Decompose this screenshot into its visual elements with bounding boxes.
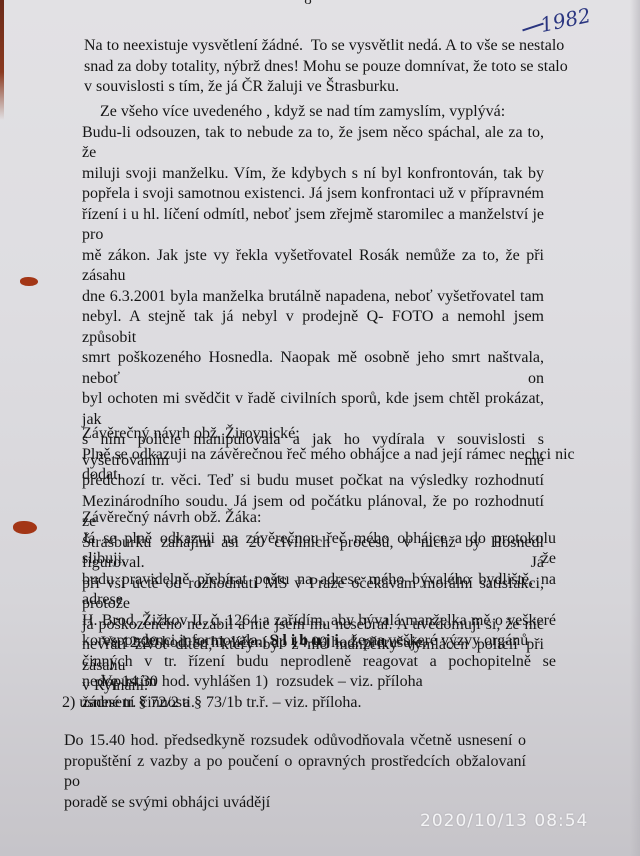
text-line: miluji svoji manželku. Vím, že kdybych s… <box>82 164 544 185</box>
handwritten-annotation: 1982 <box>538 3 593 37</box>
section-heading: Závěrečný návrh obž. Žirovnické: <box>82 424 552 445</box>
paragraph-justification: Do 15.40 hod. předsedkyně rozsudek odůvo… <box>64 731 526 813</box>
text-line: Na to neexistuje vysvětlení žádné. To se… <box>84 36 559 57</box>
text-line: mě zákon. Jak jste vy řekla vyšetřovatel… <box>82 246 544 287</box>
text-line: 2) usnesení § 72/2 a § 73/1b tr.ř. – viz… <box>62 693 522 714</box>
camera-timestamp: 2020/10/13 08:54 <box>420 811 588 831</box>
text-line: Ve 12.20 hod. se hl. líčení do 14.00 hod… <box>101 633 541 654</box>
red-stain-mark <box>20 277 38 286</box>
right-edge-shadow <box>630 0 640 856</box>
paragraph-zirovnicka: Závěrečný návrh obž. Žirovnické: Plně se… <box>82 424 552 486</box>
text-line: poradě se svými obhájci uvádějí <box>64 793 526 814</box>
paragraph-verdict: Ve 14.30 hod. vyhlášen 1) rozsudek – viz… <box>62 672 522 713</box>
text-line: dodat. <box>82 465 552 486</box>
text-line: H. Brod, Žižkov II. č. 1264 a zařídím, a… <box>82 611 556 632</box>
document-page: 8 1982 Na to neexistuje vysvětlení žádné… <box>0 0 640 856</box>
text-line: propuštění z vazby a po poučení o opravn… <box>64 752 526 793</box>
red-stain-mark <box>13 521 37 534</box>
text-line: Ze všeho více uvedeného , když se nad tí… <box>82 102 544 123</box>
text-line: budu pravidelně přebírat poštu na adrese… <box>82 570 556 611</box>
paragraph-interruption: Ve 12.20 hod. se hl. líčení do 14.00 hod… <box>101 633 541 654</box>
text-line: dne 6.3.2001 byla manželka brutálně napa… <box>82 287 544 308</box>
text-line: smrt poškozeného Hosnedla. Naopak mě oso… <box>82 348 544 389</box>
text-line: popřela i svoji samotnou existenci. Já j… <box>82 184 544 205</box>
text-line: Budu-li odsouzen, tak to nebude za to, ž… <box>82 123 544 164</box>
text-line: Já se plně odkazuji na závěrečnou řeč mé… <box>82 529 556 570</box>
text-line: nebyl. A stejně tak já nebyl v prodejně … <box>82 307 544 348</box>
text-line: v souvislosti s tím, že já ČR žaluji ve … <box>84 77 559 98</box>
text-line: Plně se odkazuji na závěrečnou řeč mého … <box>82 445 552 466</box>
text-line: Do 15.40 hod. předsedkyně rozsudek odůvo… <box>64 731 526 752</box>
section-heading: Závěrečný návrh obž. Žáka: <box>82 508 556 529</box>
paragraph-1: Na to neexistuje vysvětlení žádné. To se… <box>84 36 559 98</box>
text-line: Ve 14.30 hod. vyhlášen 1) rozsudek – viz… <box>62 672 522 693</box>
left-edge-shadow <box>0 0 4 120</box>
page-number: 8 <box>298 0 318 9</box>
text-line: řízení i u hl. líčení odmítl, neboť jsem… <box>82 205 544 246</box>
text-line: snad za doby totality, nýbrž dnes! Mohu … <box>84 57 559 78</box>
